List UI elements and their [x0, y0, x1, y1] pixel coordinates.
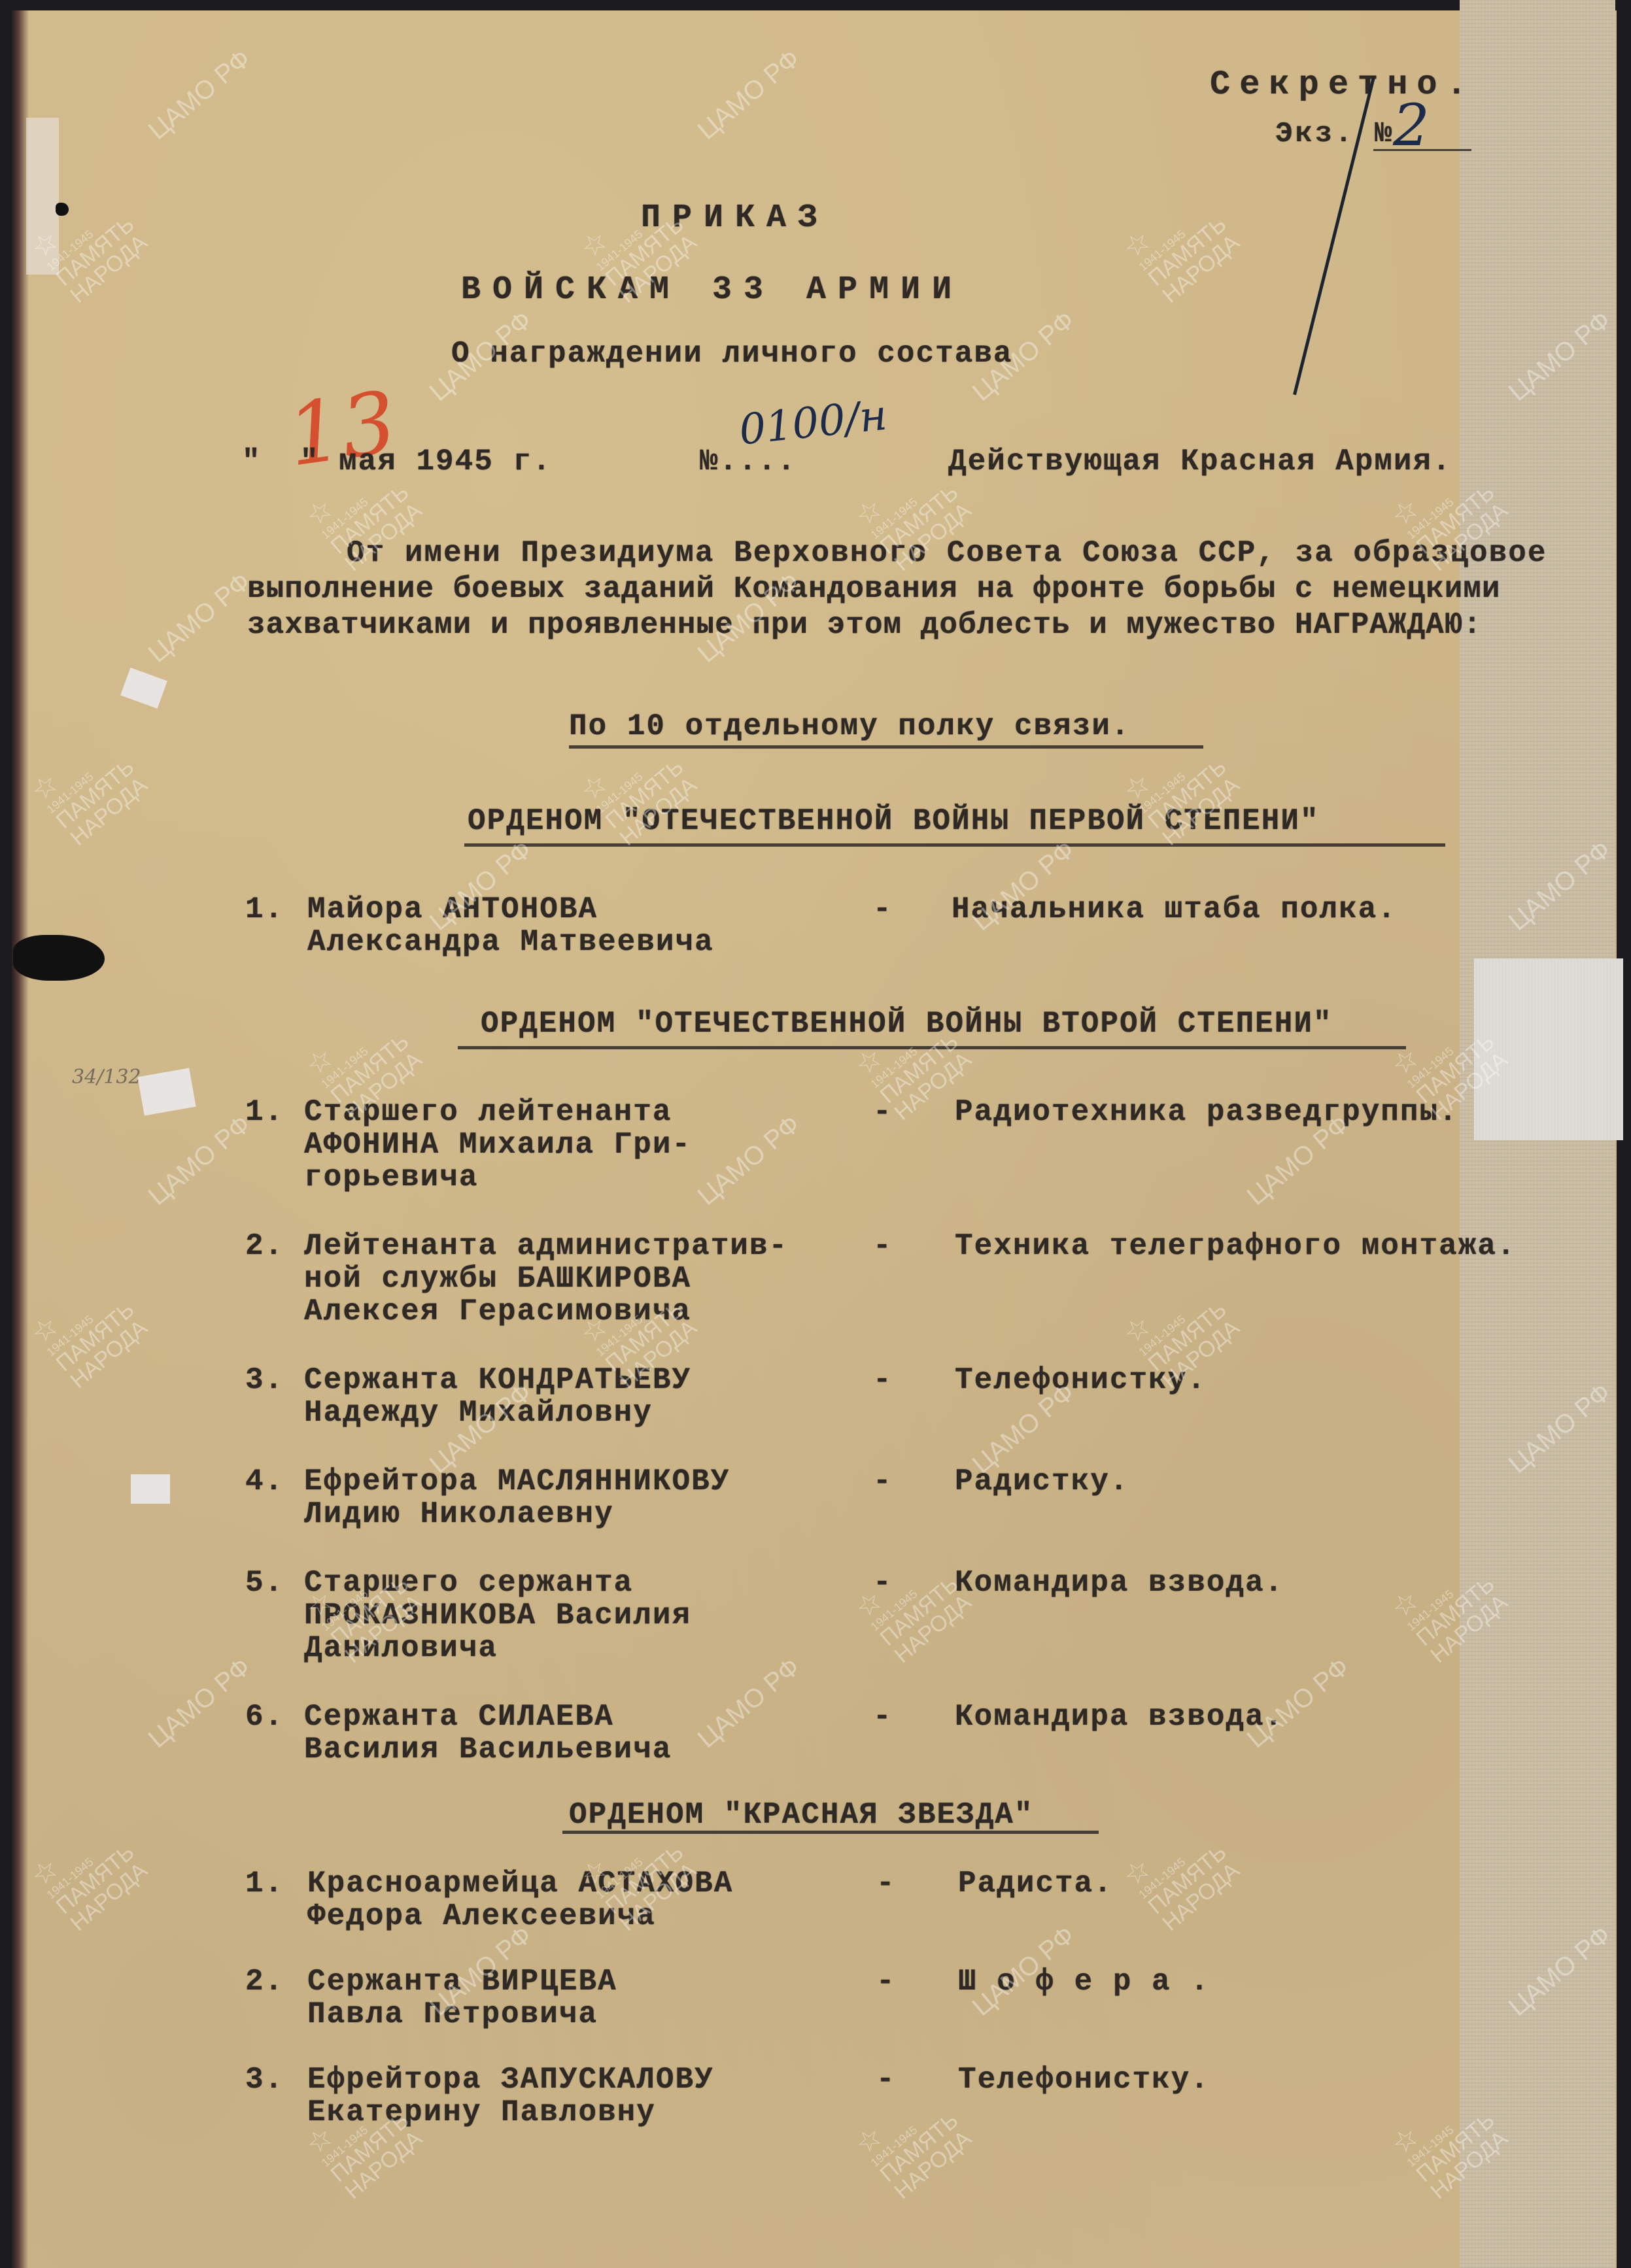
preamble-line-3: захватчиками и проявленные при этом добл…	[247, 608, 1482, 642]
entry-name: Майора АНТОНОВА	[307, 892, 598, 926]
preamble-line-2: выполнение боевых заданий Командования н…	[247, 572, 1501, 606]
entry-position: Телефонистку.	[958, 2063, 1210, 2097]
entry-number: 2.	[245, 1229, 284, 1263]
entry-dash: -	[873, 1700, 893, 1734]
entry-position: Радиотехника разведгруппы.	[955, 1095, 1458, 1129]
entry-name: Сержанта ВИРЦЕВА	[307, 1965, 617, 1999]
entry-name: Федора Алексеевича	[307, 1899, 656, 1933]
entry-number: 1.	[245, 892, 284, 926]
entry-position: Командира взвода.	[955, 1566, 1284, 1600]
entry-name: Надежду Михайловну	[304, 1396, 653, 1430]
entry-dash: -	[873, 1095, 893, 1129]
order-heading-3: ОРДЕНОМ "КРАСНАЯ ЗВЕЗДА"	[569, 1798, 1034, 1832]
document-subtitle-army: ВОЙСКАМ 33 АРМИИ	[461, 271, 963, 309]
entry-number: 6.	[245, 1700, 284, 1734]
entry-number: 1.	[245, 1095, 284, 1129]
copy-number-underline	[1373, 149, 1471, 151]
entry-name: Лейтенанта административ-	[304, 1229, 788, 1263]
margin-note: 34/132	[72, 1066, 141, 1089]
entry-position: Радиста.	[958, 1867, 1113, 1901]
order-date: " " мая 1945 г.	[242, 445, 552, 479]
entry-name: горьевича	[304, 1160, 478, 1194]
entry-name: Екатерину Павловну	[307, 2095, 656, 2129]
entry-position: Техника телеграфного монтажа.	[955, 1229, 1517, 1263]
entry-position: Телефонистку.	[955, 1363, 1207, 1397]
classification-label: Секретно.	[1210, 65, 1476, 104]
entry-name: Александра Матвеевича	[307, 925, 714, 959]
ink-blot	[13, 935, 105, 981]
entry-dash: -	[876, 1867, 896, 1901]
entry-name: Василия Васильевича	[304, 1733, 672, 1767]
entry-name: Сержанта СИЛАЕВА	[304, 1700, 614, 1734]
entry-dash: -	[873, 1464, 893, 1498]
entry-name: Старшего сержанта	[304, 1566, 633, 1600]
order-heading-1-underline	[464, 843, 1445, 847]
entry-number: 5.	[245, 1566, 284, 1600]
entry-name: Ефрейтора МАСЛЯННИКОВУ	[304, 1464, 730, 1498]
order-heading-3-underline	[562, 1831, 1099, 1834]
ink-blot	[56, 203, 69, 216]
copy-number-label: Экз. №	[1275, 118, 1394, 150]
entry-position: Ш о ф е р а .	[958, 1965, 1210, 1999]
entry-position: Радистку.	[955, 1464, 1129, 1498]
entry-name: Павла Петровича	[307, 1997, 598, 2031]
entry-name: ной службы БАШКИРОВА	[304, 1262, 691, 1296]
entry-dash: -	[873, 1229, 893, 1263]
entry-name: Ефрейтора ЗАПУСКАЛОВУ	[307, 2063, 714, 2097]
entry-dash: -	[876, 1965, 896, 1999]
paper-tear	[131, 1474, 170, 1504]
entry-dash: -	[876, 2063, 896, 2097]
entry-name: Даниловича	[304, 1631, 498, 1665]
entry-dash: -	[873, 892, 893, 926]
entry-number: 3.	[245, 2063, 284, 2097]
entry-dash: -	[873, 1363, 893, 1397]
entry-name: Алексея Герасимовича	[304, 1295, 691, 1329]
unit-heading-underline	[569, 745, 1203, 749]
entry-number: 2.	[245, 1965, 284, 1999]
entry-name: АФОНИНА Михаила Гри-	[304, 1128, 691, 1162]
entry-number: 4.	[245, 1464, 284, 1498]
entry-name: ПРОКАЗНИКОВА Василия	[304, 1599, 691, 1633]
entry-name: Сержанта КОНДРАТЬЕВУ	[304, 1363, 691, 1397]
restoration-tape-patch	[1474, 958, 1623, 1140]
entry-position: Начальника штаба полка.	[952, 892, 1397, 926]
page-binding-edge	[12, 10, 29, 2268]
entry-number: 1.	[245, 1867, 284, 1901]
document-subject: О награждении личного состава	[451, 337, 1013, 371]
document-title: ПРИКАЗ	[641, 199, 829, 237]
unit-heading: По 10 отдельному полку связи.	[569, 709, 1131, 743]
order-heading-2: ОРДЕНОМ "ОТЕЧЕСТВЕННОЙ ВОЙНЫ ВТОРОЙ СТЕП…	[481, 1007, 1333, 1041]
order-heading-1: ОРДЕНОМ "ОТЕЧЕСТВЕННОЙ ВОЙНЫ ПЕРВОЙ СТЕП…	[468, 804, 1320, 838]
entry-name: Старшего лейтенанта	[304, 1095, 672, 1129]
entry-name: Красноармейца АСТАХОВА	[307, 1867, 733, 1901]
preamble-line-1: От имени Президиума Верховного Совета Со…	[347, 536, 1547, 570]
entry-dash: -	[873, 1566, 893, 1600]
location-text: Действующая Красная Армия.	[948, 445, 1452, 479]
entry-name: Лидию Николаевну	[304, 1497, 614, 1531]
paper-tear	[26, 118, 59, 275]
entry-position: Командира взвода.	[955, 1700, 1284, 1734]
entry-number: 3.	[245, 1363, 284, 1397]
order-heading-2-underline	[458, 1046, 1406, 1049]
